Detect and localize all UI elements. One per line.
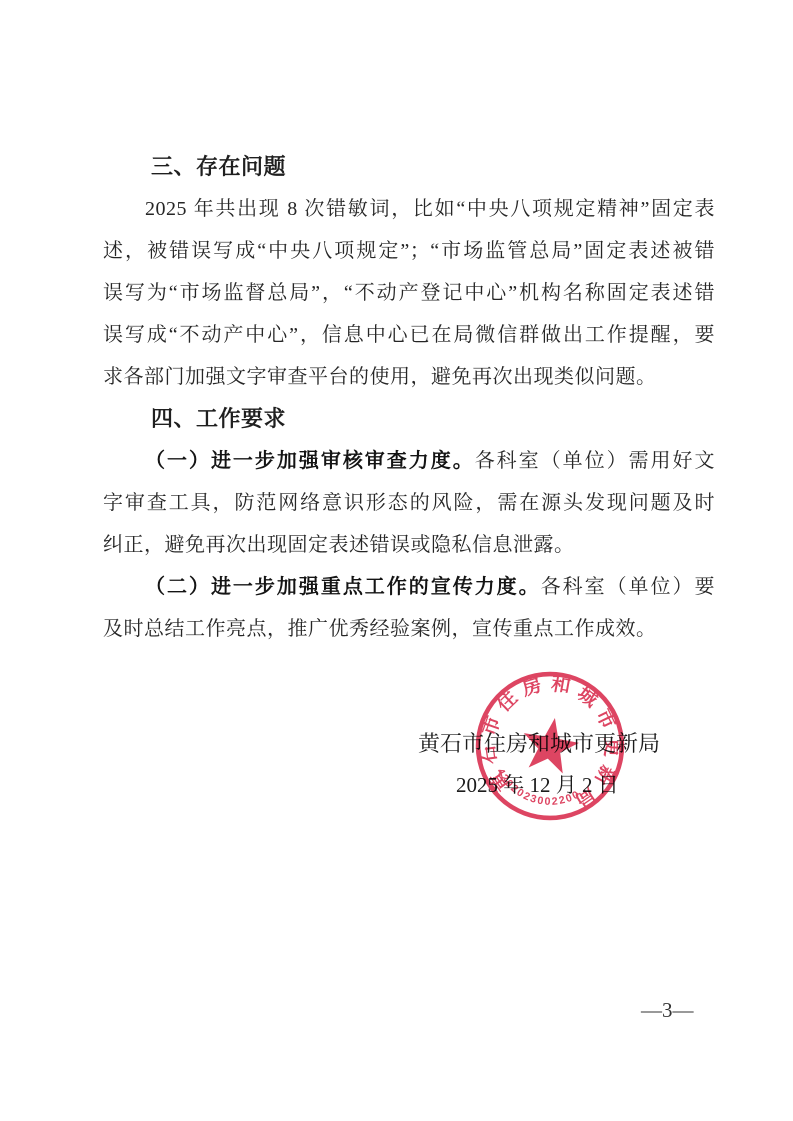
- paragraph-line: 误写为“市场监督总局”，“不动产登记中心”机构名称固定表述错: [103, 272, 715, 314]
- paragraph-line: 字审查工具，防范网络意识形态的风险，需在源头发现问题及时: [103, 482, 715, 524]
- item1-line1: （一）进一步加强审核审查力度。各科室（单位）需用好文: [103, 440, 715, 482]
- document-body: 三、存在问题 2025 年共出现 8 次错敏词，比如“中央八项规定精神”固定表 …: [103, 146, 715, 650]
- item1-line1-rest: 各科室（单位）需用好文: [475, 450, 715, 472]
- paragraph-line: 纠正，避免再次出现固定表述错误或隐私信息泄露。: [103, 524, 715, 566]
- paragraph-line: 述，被错误写成“中央八项规定”；“市场监管总局”固定表述被错: [103, 230, 715, 272]
- document-page: 三、存在问题 2025 年共出现 8 次错敏词，比如“中央八项规定精神”固定表 …: [0, 0, 793, 1121]
- paragraph-line: 求各部门加强文字审查平台的使用，避免再次出现类似问题。: [103, 356, 715, 398]
- paragraph-line: 2025 年共出现 8 次错敏词，比如“中央八项规定精神”固定表: [103, 188, 715, 230]
- item1-lead-bold: （一）进一步加强审核审查力度。: [145, 450, 475, 472]
- paragraph-line: 误写成“不动产中心”，信息中心已在局微信群做出工作提醒，要: [103, 314, 715, 356]
- seal-star-icon: [518, 713, 582, 775]
- official-seal-stamp: 黄石市住房和城市更新局 4202023002200: [474, 670, 626, 822]
- section-heading-3: 三、存在问题: [103, 146, 715, 188]
- section-heading-4: 四、工作要求: [103, 398, 715, 440]
- item2-line1: （二）进一步加强重点工作的宣传力度。各科室（单位）要: [103, 566, 715, 608]
- item2-lead-bold: （二）进一步加强重点工作的宣传力度。: [145, 576, 541, 598]
- paragraph-line: 及时总结工作亮点，推广优秀经验案例，宣传重点工作成效。: [103, 608, 715, 650]
- item2-line1-rest: 各科室（单位）要: [541, 576, 715, 598]
- page-number: —3—: [641, 998, 694, 1023]
